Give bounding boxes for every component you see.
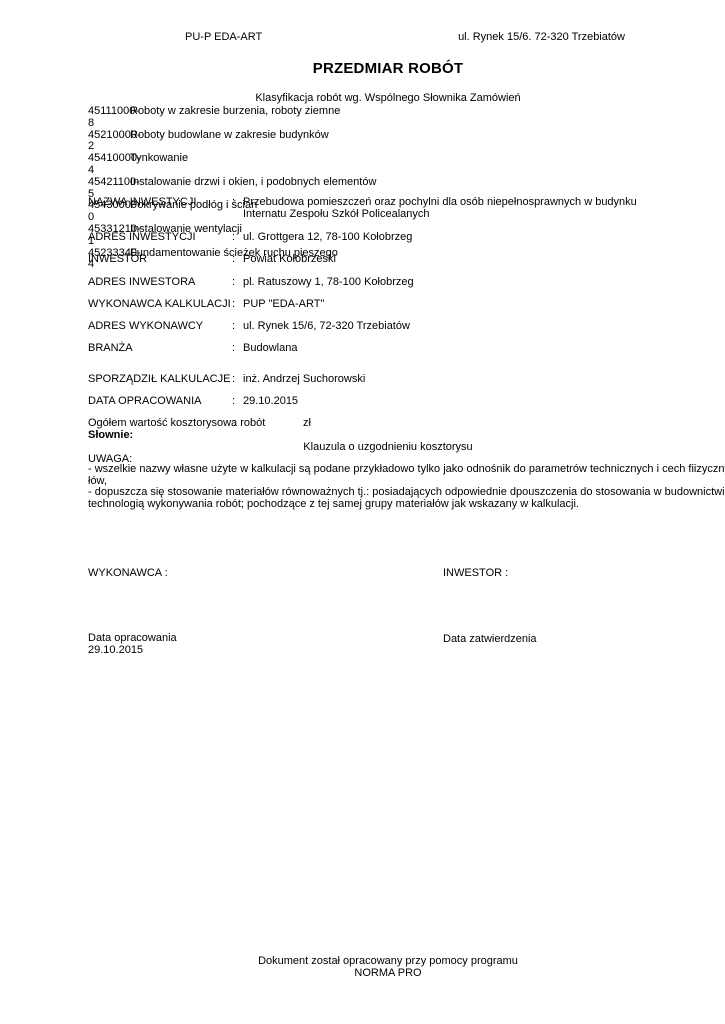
note-line: - dopuszcza się stosowanie materiałów ró… [88, 487, 688, 499]
classification-list: 45111000-8 Roboty w zakresie burzenia, r… [88, 106, 688, 271]
cpv-description: Tynkowanie [130, 153, 688, 177]
field-label: SPORZĄDZIŁ KALKULACJE [88, 373, 230, 385]
field-colon: : [232, 342, 235, 354]
field-label: BRANŻA [88, 342, 133, 354]
field-colon: : [232, 320, 235, 332]
total-colon: : [233, 417, 236, 429]
field-label: INWESTOR [88, 253, 147, 265]
field-colon: : [232, 298, 235, 310]
date-approved-label: Data zatwierdzenia [443, 633, 537, 645]
in-words-label: Słownie: [88, 429, 133, 441]
note-paragraph: - wszelkie nazwy własne użyte w kalkulac… [88, 464, 688, 510]
field-value: Przebudowa pomieszczeń oraz pochylni dla… [243, 196, 675, 220]
footer: Dokument został opracowany przy pomocy p… [88, 956, 688, 980]
field-value: pl. Ratuszowy 1, 78-100 Kołobrzeg [243, 276, 675, 288]
field-colon: : [232, 231, 235, 243]
date-prepared-block: Data opracowania 29.10.2015 [88, 633, 177, 657]
field-label: ADRES INWESTYCJI [88, 231, 196, 243]
field-label: NAZWA INWESTYCJI [88, 196, 196, 208]
date-prepared-value: 29.10.2015 [88, 645, 177, 657]
page-title: PRZEDMIAR ROBÓT [88, 60, 688, 77]
field-label: ADRES INWESTORA [88, 276, 195, 288]
classification-row: 45111000-8 Roboty w zakresie burzenia, r… [88, 106, 688, 130]
classification-row: 45210000-2 Roboty budowlane w zakresie b… [88, 130, 688, 154]
header-company: PU-P EDA-ART [185, 31, 262, 43]
document-page: PU-P EDA-ART ul. Rynek 15/6. 72-320 Trze… [0, 0, 725, 1024]
field-value: inż. Andrzej Suchorowski [243, 373, 675, 385]
field-label: DATA OPRACOWANIA [88, 395, 201, 407]
field-label: WYKONAWCA KALKULACJI [88, 298, 231, 310]
cpv-description: Roboty budowlane w zakresie budynków [130, 130, 688, 154]
header-address: ul. Rynek 15/6. 72-320 Trzebiatów [458, 31, 625, 43]
clause-text: Klauzula o uzgodnieniu kosztorysu [88, 441, 688, 453]
total-label: Ogółem wartość kosztorysowa robót [88, 417, 265, 429]
field-value: ul. Rynek 15/6, 72-320 Trzebiatów [243, 320, 675, 332]
classification-heading: Klasyfikacja robót wg. Wspólnego Słownik… [88, 92, 688, 104]
field-value: PUP "EDA-ART" [243, 298, 675, 310]
cpv-code: 45410000-4 [88, 153, 130, 177]
investor-signature-label: INWESTOR : [443, 567, 508, 579]
field-colon: : [232, 373, 235, 385]
cpv-code: 45210000-2 [88, 130, 130, 154]
note-line: technologią wykonywania robót; pochodząc… [88, 499, 688, 511]
field-colon: : [232, 395, 235, 407]
currency-label: zł [303, 417, 311, 429]
field-colon: : [232, 253, 235, 265]
field-colon: : [232, 276, 235, 288]
field-value: 29.10.2015 [243, 395, 675, 407]
cpv-code: 45111000-8 [88, 106, 130, 130]
contractor-signature-label: WYKONAWCA : [88, 567, 168, 579]
field-value: Powiat Kołobrzeski [243, 253, 675, 265]
classification-row: 45410000-4 Tynkowanie [88, 153, 688, 177]
field-label: ADRES WYKONAWCY [88, 320, 203, 332]
cpv-description: Roboty w zakresie burzenia, roboty ziemn… [130, 106, 688, 130]
field-colon: : [232, 196, 235, 208]
footer-program-name: NORMA PRO [88, 968, 688, 980]
field-value: Budowlana [243, 342, 675, 354]
note-line: - wszelkie nazwy własne użyte w kalkulac… [88, 464, 688, 476]
field-value: ul. Grottgera 12, 78-100 Kołobrzeg [243, 231, 675, 243]
